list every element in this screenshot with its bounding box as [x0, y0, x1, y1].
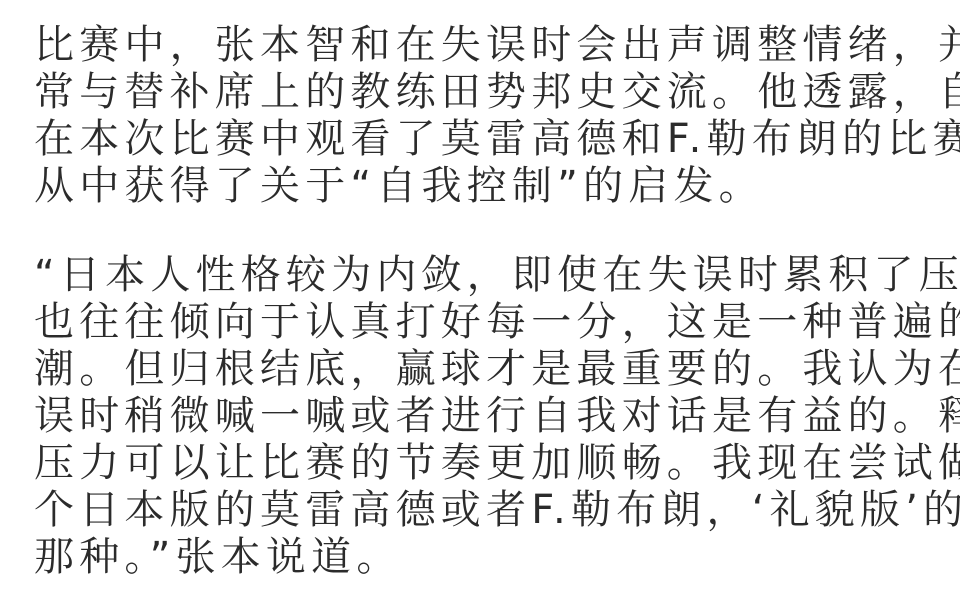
paragraph-2-quote: “日本人性格较为内敛，即使在失误时累积了压力， 也往往倾向于认真打好每一分，这是…	[34, 252, 934, 581]
text-line: 个日本版的莫雷高德或者F.勒布朗，‘礼貌版’的	[34, 487, 934, 534]
text-line: 比赛中，张本智和在失误时会出声调整情绪，并时	[34, 22, 934, 69]
text-line: 那种。”张本说道。	[34, 534, 934, 581]
article-body: 比赛中，张本智和在失误时会出声调整情绪，并时 常与替补席上的教练田势邦史交流。他…	[34, 22, 934, 581]
text-line: 潮。但归根结底，赢球才是最重要的。我认为在失	[34, 346, 934, 393]
text-line: “日本人性格较为内敛，即使在失误时累积了压力，	[34, 252, 934, 299]
text-line: 误时稍微喊一喊或者进行自我对话是有益的。释放	[34, 393, 934, 440]
paragraph-1: 比赛中，张本智和在失误时会出声调整情绪，并时 常与替补席上的教练田势邦史交流。他…	[34, 22, 934, 210]
text-line: 常与替补席上的教练田势邦史交流。他透露，自己	[34, 69, 934, 116]
text-line: 也往往倾向于认真打好每一分，这是一种普遍的风	[34, 299, 934, 346]
text-line: 压力可以让比赛的节奏更加顺畅。我现在尝试做一	[34, 440, 934, 487]
text-line: 在本次比赛中观看了莫雷高德和F.勒布朗的比赛，	[34, 116, 934, 163]
text-line: 从中获得了关于“自我控制”的启发。	[34, 163, 934, 210]
